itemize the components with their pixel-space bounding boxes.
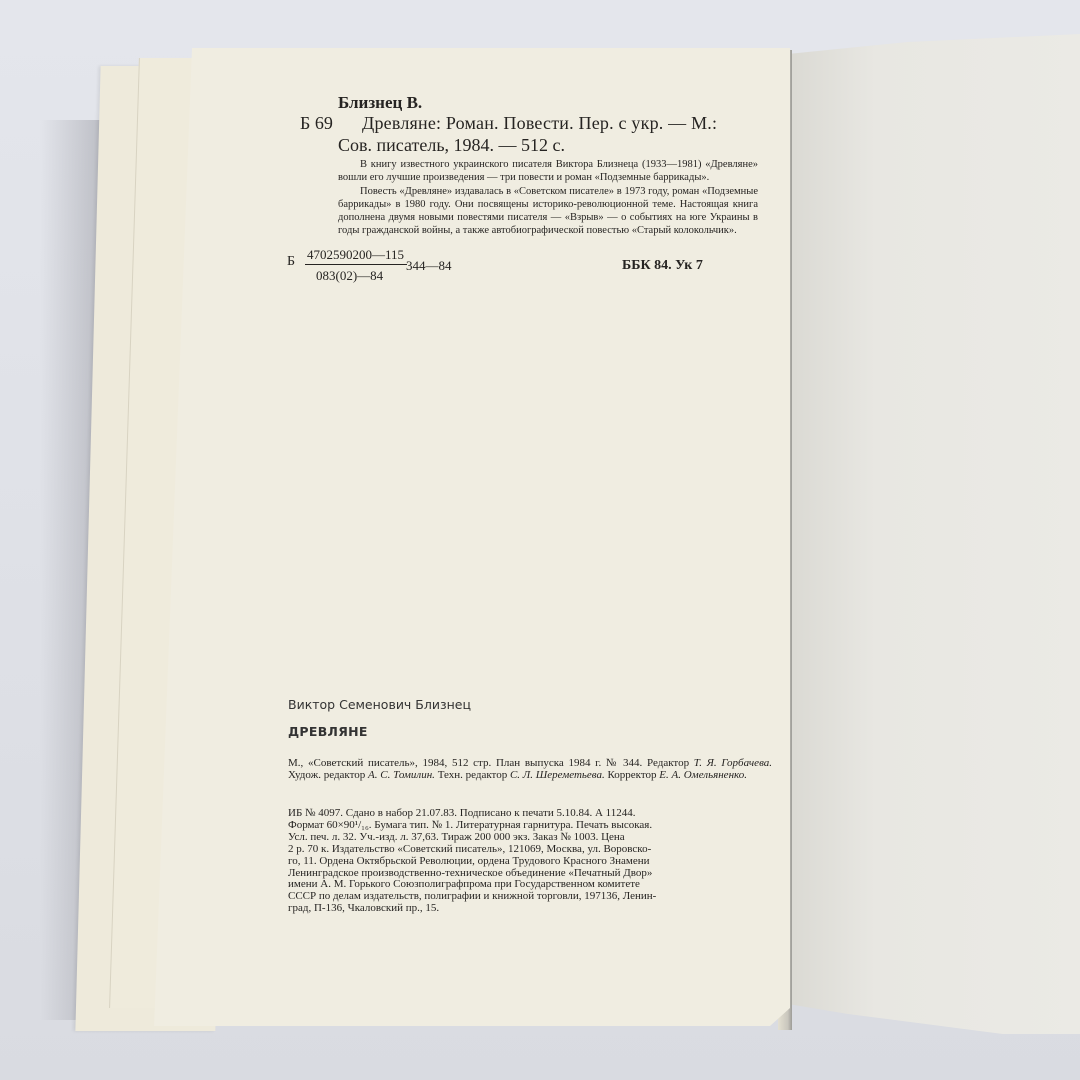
catalog-annotation: В книгу известного украинского писателя … [338,158,758,238]
annotation-paragraph: В книгу известного украинского писателя … [338,158,758,185]
technical-line: Усл. печ. л. 32. Уч.-изд. л. 37,63. Тира… [288,832,772,844]
index-prefix: Б [287,254,295,270]
catalog-code: Б 69 [300,113,333,134]
tech-editor-name: С. Л. Шереметьева. [510,769,605,781]
imprint-line: М., «Советский писатель», 1984, 512 стр.… [288,757,689,769]
imprint-block: М., «Советский писатель», 1984, 512 стр.… [288,758,772,782]
catalog-title-line2: Сов. писатель, 1984. — 512 с. [338,135,565,156]
right-page [788,34,1080,1034]
index-numerator: 4702590200—115 [305,247,407,265]
index-suffix: 344—84 [406,258,452,274]
technical-block: ИБ № 4097. Сдано в набор 21.07.83. Подпи… [288,808,772,915]
catalog-title-line1: Древляне: Роман. Повести. Пер. с укр. — … [362,113,717,134]
technical-line: 2 р. 70 к. Издательство «Советский писат… [288,844,772,856]
art-editor-name: А. С. Томилин. [368,769,435,781]
technical-line: го, 11. Ордена Октябрьской Революции, ор… [288,856,772,868]
index-denominator: 083(02)—84 [316,268,383,284]
corrector-label: Корректор [608,769,657,781]
book-title: ДРЕВЛЯНЕ [288,724,368,739]
technical-line: град, П-136, Чкаловский пр., 15. [288,903,772,915]
corrector-name: Е. А. Омельяненко. [659,769,747,781]
catalog-author: Близнец В. [338,93,422,113]
bbk-code: ББК 84. Ук 7 [622,258,703,274]
art-editor-label: Худож. редактор [288,769,365,781]
editor-name: Т. Я. Горбачева. [694,757,772,769]
annotation-paragraph: Повесть «Древляне» издавалась в «Советск… [338,185,758,238]
tech-editor-label: Техн. редактор [438,769,508,781]
author-full-name: Виктор Семенович Близнец [288,697,471,712]
